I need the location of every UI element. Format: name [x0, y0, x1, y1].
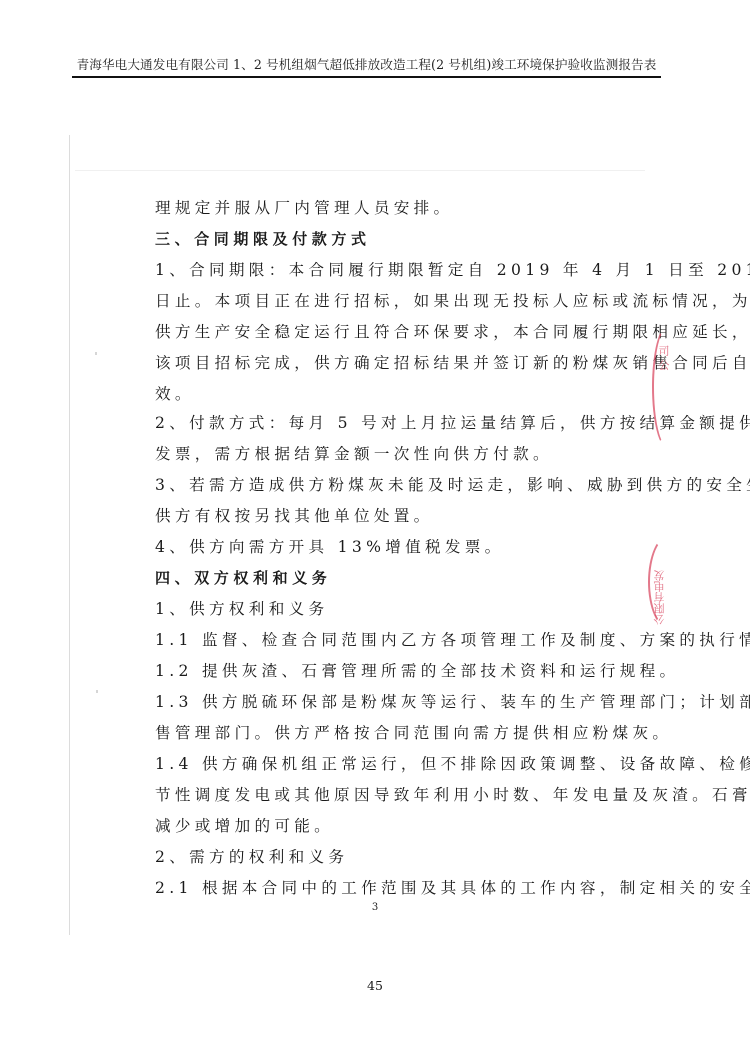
- body-line: 4、供方向需方开具 13%增值税发票。: [155, 535, 595, 566]
- body-line: 2、付款方式：每月 5 号对上月拉运量结算后，供方按结算金额提供全额: [155, 411, 595, 442]
- body-line: 效。: [155, 382, 595, 411]
- contract-body: 理规定并服从厂内管理人员安排。 三、合同期限及付款方式 1、合同期限：本合同履行…: [155, 196, 595, 907]
- body-line: 理规定并服从厂内管理人员安排。: [155, 196, 595, 227]
- body-line: 该项目招标完成，供方确定招标结果并签订新的粉煤灰销售合同后自动失: [155, 351, 595, 382]
- scan-speck: [95, 352, 97, 355]
- body-line: 3、若需方造成供方粉煤灰未能及时运走，影响、威胁到供方的安全生产，: [155, 473, 595, 504]
- section-heading: 四、双方权利和义务: [155, 566, 595, 597]
- scan-edge-artifact: [75, 170, 645, 171]
- body-line: 1、合同期限：本合同履行期限暂定自 2019 年 4 月 1 日至 2019 年…: [155, 258, 595, 289]
- inner-page-number: 3: [0, 902, 750, 913]
- report-page-number: 45: [0, 978, 750, 993]
- body-line: 1.2 提供灰渣、石膏管理所需的全部技术资料和运行规程。: [155, 659, 595, 690]
- seal-stamp-fragment-upper: 司 公: [655, 345, 671, 435]
- body-line: 1.4 供方确保机组正常运行，但不排除因政策调整、设备故障、检修、季: [155, 752, 595, 783]
- body-line: 1.1 监督、检查合同范围内乙方各项管理工作及制度、方案的执行情况。: [155, 628, 595, 659]
- body-line: 供方有权按另找其他单位处置。: [155, 504, 595, 535]
- header-divider: [72, 76, 661, 78]
- section-heading: 三、合同期限及付款方式: [155, 227, 595, 258]
- body-line: 节性调度发电或其他原因导致年利用小时数、年发电量及灰渣。石膏产量: [155, 783, 595, 814]
- body-line: 售管理部门。供方严格按合同范围向需方提供相应粉煤灰。: [155, 721, 595, 752]
- seal-stamp-fragment-lower: 公限有电发: [652, 545, 668, 625]
- body-line: 减少或增加的可能。: [155, 814, 595, 845]
- scan-edge-artifact: [69, 135, 70, 935]
- body-line: 供方生产安全稳定运行且符合环保要求，本合同履行期限相应延长，直至: [155, 320, 595, 351]
- body-line: 1、供方权利和义务: [155, 597, 595, 628]
- report-header-title: 青海华电大通发电有限公司 1、2 号机组烟气超低排放改造工程(2 号机组)竣工环…: [72, 54, 661, 73]
- scan-speck: [96, 690, 98, 693]
- body-line: 日止。本项目正在进行招标，如果出现无投标人应标或流标情况，为保证: [155, 289, 595, 320]
- body-line: 发票，需方根据结算金额一次性向供方付款。: [155, 442, 595, 473]
- body-line: 1.3 供方脱硫环保部是粉煤灰等运行、装车的生产管理部门；计划部是销: [155, 690, 595, 721]
- body-line: 2、需方的权利和义务: [155, 845, 595, 876]
